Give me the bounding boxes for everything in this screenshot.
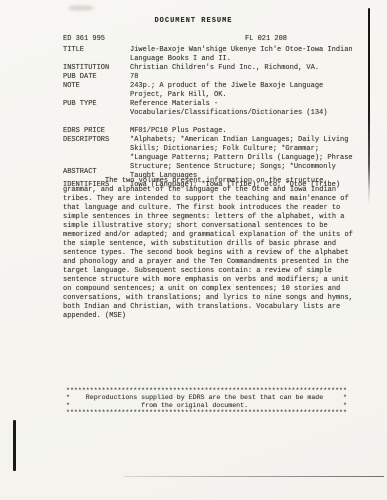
field-label: TITLE (63, 46, 130, 55)
field-row-edrs-price: EDRS PRICE MF01/PC10 Plus Postage. (63, 127, 363, 136)
field-row-pub-type: PUB TYPE Reference Materials - Vocabular… (63, 100, 363, 118)
field-value: Christian Children's Fund Inc., Richmond… (130, 64, 363, 73)
field-row-pub-date: PUB DATE 78 (63, 73, 363, 82)
document-resume-title: DOCUMENT RESUME (0, 17, 387, 26)
field-row-institution: INSTITUTION Christian Children's Fund In… (63, 64, 363, 73)
field-row-note: NOTE 243p.; A product of the Jiwele Baxo… (63, 82, 363, 100)
scan-smudge-artifact (68, 5, 94, 11)
ed-number: ED 361 995 (63, 35, 105, 43)
field-label: INSTITUTION (63, 64, 130, 73)
field-value: MF01/PC10 Plus Postage. (130, 127, 363, 136)
accession-number-row: ED 361 995 FL 021 208 (63, 35, 363, 44)
edrs-reproduction-notice: ****************************************… (66, 387, 376, 417)
field-row-title: TITLE Jiwele-Baxoje Wan'shige Ukenye Ich… (63, 46, 363, 64)
field-label: NOTE (63, 82, 130, 91)
scan-line-bottom-artifact (124, 476, 384, 477)
field-value: 243p.; A product of the Jiwele Baxoje La… (130, 82, 363, 100)
field-label: DESCRIPTORS (63, 136, 130, 145)
field-label: PUB DATE (63, 73, 130, 82)
field-label: PUB TYPE (63, 100, 130, 109)
field-value: 78 (130, 73, 363, 82)
abstract-label: ABSTRACT (63, 168, 361, 177)
scan-bar-bottom-left-artifact (13, 420, 16, 471)
scan-line-right-artifact (368, 8, 370, 204)
field-value: Reference Materials - Vocabularies/Class… (130, 100, 363, 118)
scanned-document-page: DOCUMENT RESUME ED 361 995 FL 021 208 TI… (0, 0, 387, 500)
fl-number: FL 021 208 (245, 35, 287, 44)
abstract-text: The two volumes present information on t… (63, 177, 361, 321)
field-value: Jiwele-Baxoje Wan'shige Ukenye Ich'e Oto… (130, 46, 363, 64)
field-label: EDRS PRICE (63, 127, 130, 136)
abstract-section: ABSTRACT The two volumes present informa… (63, 168, 361, 321)
